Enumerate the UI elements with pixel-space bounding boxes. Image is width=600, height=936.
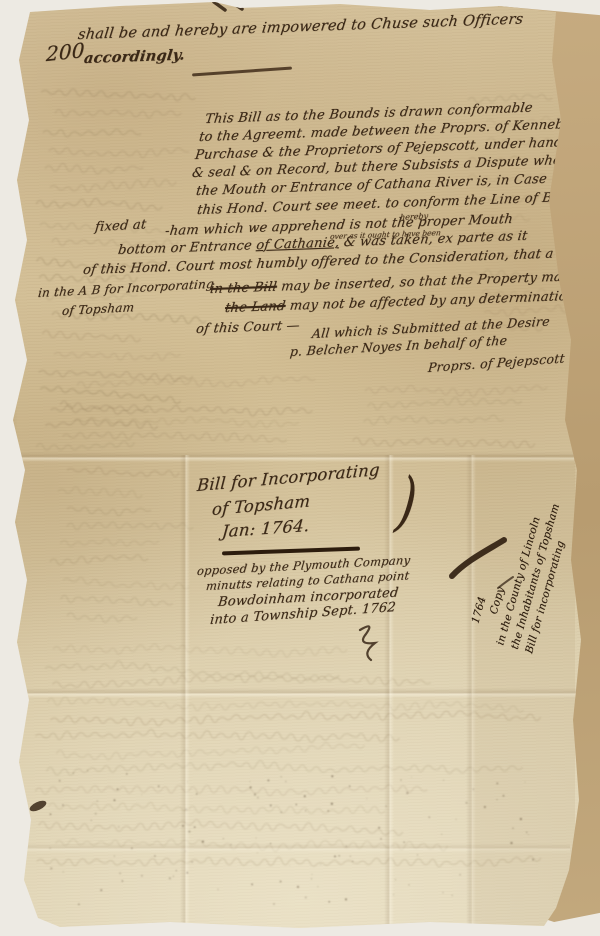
manuscript-page: 200 shall be and hereby are impowered to… bbox=[0, 0, 600, 936]
squiggle-mark bbox=[360, 626, 375, 660]
endorsement-flourish bbox=[452, 540, 504, 576]
endorsement-flourish-tail bbox=[498, 577, 513, 588]
ink-blot bbox=[28, 799, 48, 814]
ink-blot-streak bbox=[44, 799, 64, 803]
top-edge-ink-marks bbox=[214, 2, 242, 10]
scanned-manuscript: 200 shall be and hereby are impowered to… bbox=[0, 0, 600, 936]
